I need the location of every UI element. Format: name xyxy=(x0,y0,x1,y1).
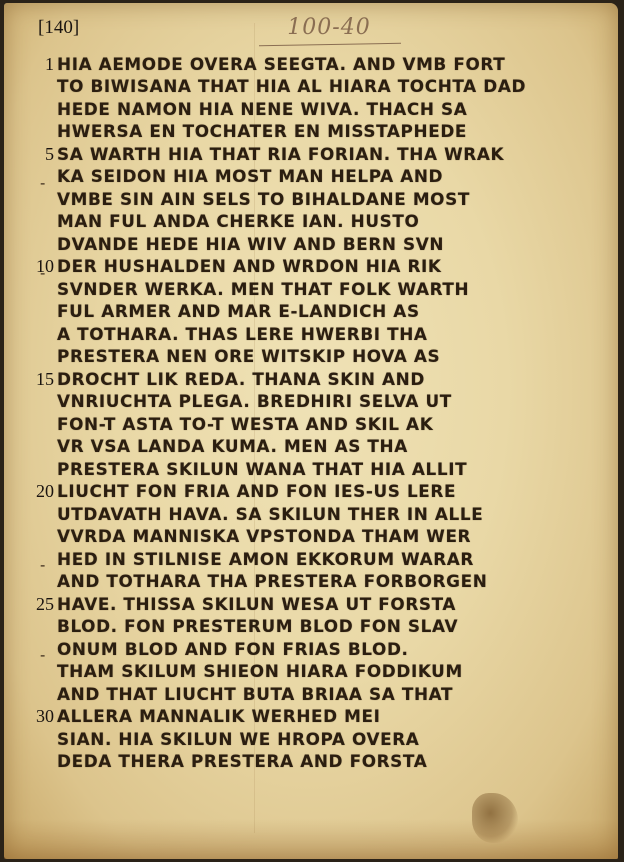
line-text: MAN FUL ANDA CHERKE IAN. HUSTO xyxy=(57,212,419,231)
line-text: HAVE. THISSA SKILUN WESA UT FORSTA xyxy=(57,595,456,614)
line-number: 1 xyxy=(26,54,54,75)
manuscript-line: -KA SEIDON HIA MOST MAN HELPA AND xyxy=(4,166,618,189)
line-text: THAM SKILUM SHIEON HIARA FODDIKUM xyxy=(57,662,463,681)
line-text: ALLERA MANNALIK WERHED MEI xyxy=(57,707,381,726)
manuscript-line: 1HIA AEMODE OVERA SEEGTA. AND VMB FORT xyxy=(4,53,618,76)
line-number: 15 xyxy=(26,369,54,390)
line-text: FUL ARMER AND MAR E-LANDICH AS xyxy=(57,302,420,321)
manuscript-line: VMBE SIN AIN SELS TO BIHALDANE MOST xyxy=(4,188,618,211)
line-text: BLOD. FON PRESTERUM BLOD FON SLAV xyxy=(57,617,458,636)
line-text: HED IN STILNISE AMON EKKORUM WARAR xyxy=(57,550,474,569)
manuscript-line: 10-DER HUSHALDEN AND WRDON HIA RIK xyxy=(4,256,618,279)
line-text: DER HUSHALDEN AND WRDON HIA RIK xyxy=(57,257,442,276)
line-text: SA WARTH HIA THAT RIA FORIAN. THA WRAK xyxy=(57,145,504,164)
line-text: LIUCHT FON FRIA AND FON IES-US LERE xyxy=(57,482,456,501)
line-text: HWERSA EN TOCHATER EN MISSTAPHEDE xyxy=(57,122,467,141)
line-text: ONUM BLOD AND FON FRIAS BLOD. xyxy=(57,640,409,659)
line-text: DROCHT LIK REDA. THANA SKIN AND xyxy=(57,370,425,389)
manuscript-line: AND TOTHARA THA PRESTERA FORBORGEN xyxy=(4,571,618,594)
line-text: SIAN. HIA SKILUN WE HROPA OVERA xyxy=(57,730,419,749)
page-number: [140] xyxy=(38,17,79,39)
manuscript-page: [140] 100-40 1HIA AEMODE OVERA SEEGTA. A… xyxy=(4,3,618,859)
manuscript-line: A TOTHARA. THAS LERE HWERBI THA xyxy=(4,323,618,346)
manuscript-line: VR VSA LANDA KUMA. MEN AS THA xyxy=(4,436,618,459)
manuscript-line: HEDE NAMON HIA NENE WIVA. THACH SA xyxy=(4,98,618,121)
line-text: VVRDA MANNISKA VPSTONDA THAM WER xyxy=(57,527,471,546)
manuscript-line: HWERSA EN TOCHATER EN MISSTAPHEDE xyxy=(4,121,618,144)
line-number: 20 xyxy=(26,481,54,502)
manuscript-line: 15DROCHT LIK REDA. THANA SKIN AND xyxy=(4,368,618,391)
manuscript-line: THAM SKILUM SHIEON HIARA FODDIKUM xyxy=(4,661,618,684)
manuscript-line: DEDA THERA PRESTERA AND FORSTA xyxy=(4,751,618,774)
line-text: DEDA THERA PRESTERA AND FORSTA xyxy=(57,752,427,771)
text-lines: 1HIA AEMODE OVERA SEEGTA. AND VMB FORTTO… xyxy=(4,53,618,773)
manuscript-line: -ONUM BLOD AND FON FRIAS BLOD. xyxy=(4,638,618,661)
line-number: 25 xyxy=(26,594,54,615)
line-text: TO BIWISANA THAT HIA AL HIARA TOCHTA DAD xyxy=(57,77,526,96)
manuscript-line: 25HAVE. THISSA SKILUN WESA UT FORSTA xyxy=(4,593,618,616)
line-text: AND TOTHARA THA PRESTERA FORBORGEN xyxy=(57,572,487,591)
manuscript-line: PRESTERA NEN ORE WITSKIP HOVA AS xyxy=(4,346,618,369)
line-text: DVANDE HEDE HIA WIV AND BERN SVN xyxy=(57,235,444,254)
manuscript-line: TO BIWISANA THAT HIA AL HIARA TOCHTA DAD xyxy=(4,76,618,99)
line-text: KA SEIDON HIA MOST MAN HELPA AND xyxy=(57,167,443,186)
line-number: 5 xyxy=(26,144,54,165)
manuscript-line: FUL ARMER AND MAR E-LANDICH AS xyxy=(4,301,618,324)
line-number: 30 xyxy=(26,706,54,727)
manuscript-line: 30ALLERA MANNALIK WERHED MEI xyxy=(4,706,618,729)
manuscript-line: SIAN. HIA SKILUN WE HROPA OVERA xyxy=(4,728,618,751)
line-text: PRESTERA SKILUN WANA THAT HIA ALLIT xyxy=(57,460,467,479)
line-text: UTDAVATH HAVA. SA SKILUN THER IN ALLE xyxy=(57,505,483,524)
line-text: VNRIUCHTA PLEGA. BREDHIRI SELVA UT xyxy=(57,392,452,411)
manuscript-line: PRESTERA SKILUN WANA THAT HIA ALLIT xyxy=(4,458,618,481)
manuscript-line: 5SA WARTH HIA THAT RIA FORIAN. THA WRAK xyxy=(4,143,618,166)
line-text: VMBE SIN AIN SELS TO BIHALDANE MOST xyxy=(57,190,470,209)
manuscript-line: VVRDA MANNISKA VPSTONDA THAM WER xyxy=(4,526,618,549)
manuscript-line: UTDAVATH HAVA. SA SKILUN THER IN ALLE xyxy=(4,503,618,526)
line-text: HEDE NAMON HIA NENE WIVA. THACH SA xyxy=(57,100,467,119)
line-text: PRESTERA NEN ORE WITSKIP HOVA AS xyxy=(57,347,440,366)
manuscript-line: DVANDE HEDE HIA WIV AND BERN SVN xyxy=(4,233,618,256)
line-text: FON-T ASTA TO-T WESTA AND SKIL AK xyxy=(57,415,433,434)
manuscript-line: 20LIUCHT FON FRIA AND FON IES-US LERE xyxy=(4,481,618,504)
line-text: SVNDER WERKA. MEN THAT FOLK WARTH xyxy=(57,280,469,299)
manuscript-line: SVNDER WERKA. MEN THAT FOLK WARTH xyxy=(4,278,618,301)
manuscript-line: BLOD. FON PRESTERUM BLOD FON SLAV xyxy=(4,616,618,639)
manuscript-line: VNRIUCHTA PLEGA. BREDHIRI SELVA UT xyxy=(4,391,618,414)
manuscript-line: -HED IN STILNISE AMON EKKORUM WARAR xyxy=(4,548,618,571)
line-text: AND THAT LIUCHT BUTA BRIAA SA THAT xyxy=(57,685,453,704)
manuscript-line: AND THAT LIUCHT BUTA BRIAA SA THAT xyxy=(4,683,618,706)
pencil-underline xyxy=(259,43,401,46)
pencil-annotation: 100-40 xyxy=(259,15,399,40)
manuscript-line: MAN FUL ANDA CHERKE IAN. HUSTO xyxy=(4,211,618,234)
line-text: A TOTHARA. THAS LERE HWERBI THA xyxy=(57,325,428,344)
manuscript-line: FON-T ASTA TO-T WESTA AND SKIL AK xyxy=(4,413,618,436)
line-text: VR VSA LANDA KUMA. MEN AS THA xyxy=(57,437,408,456)
line-text: HIA AEMODE OVERA SEEGTA. AND VMB FORT xyxy=(57,55,505,74)
ink-stain xyxy=(472,793,518,843)
